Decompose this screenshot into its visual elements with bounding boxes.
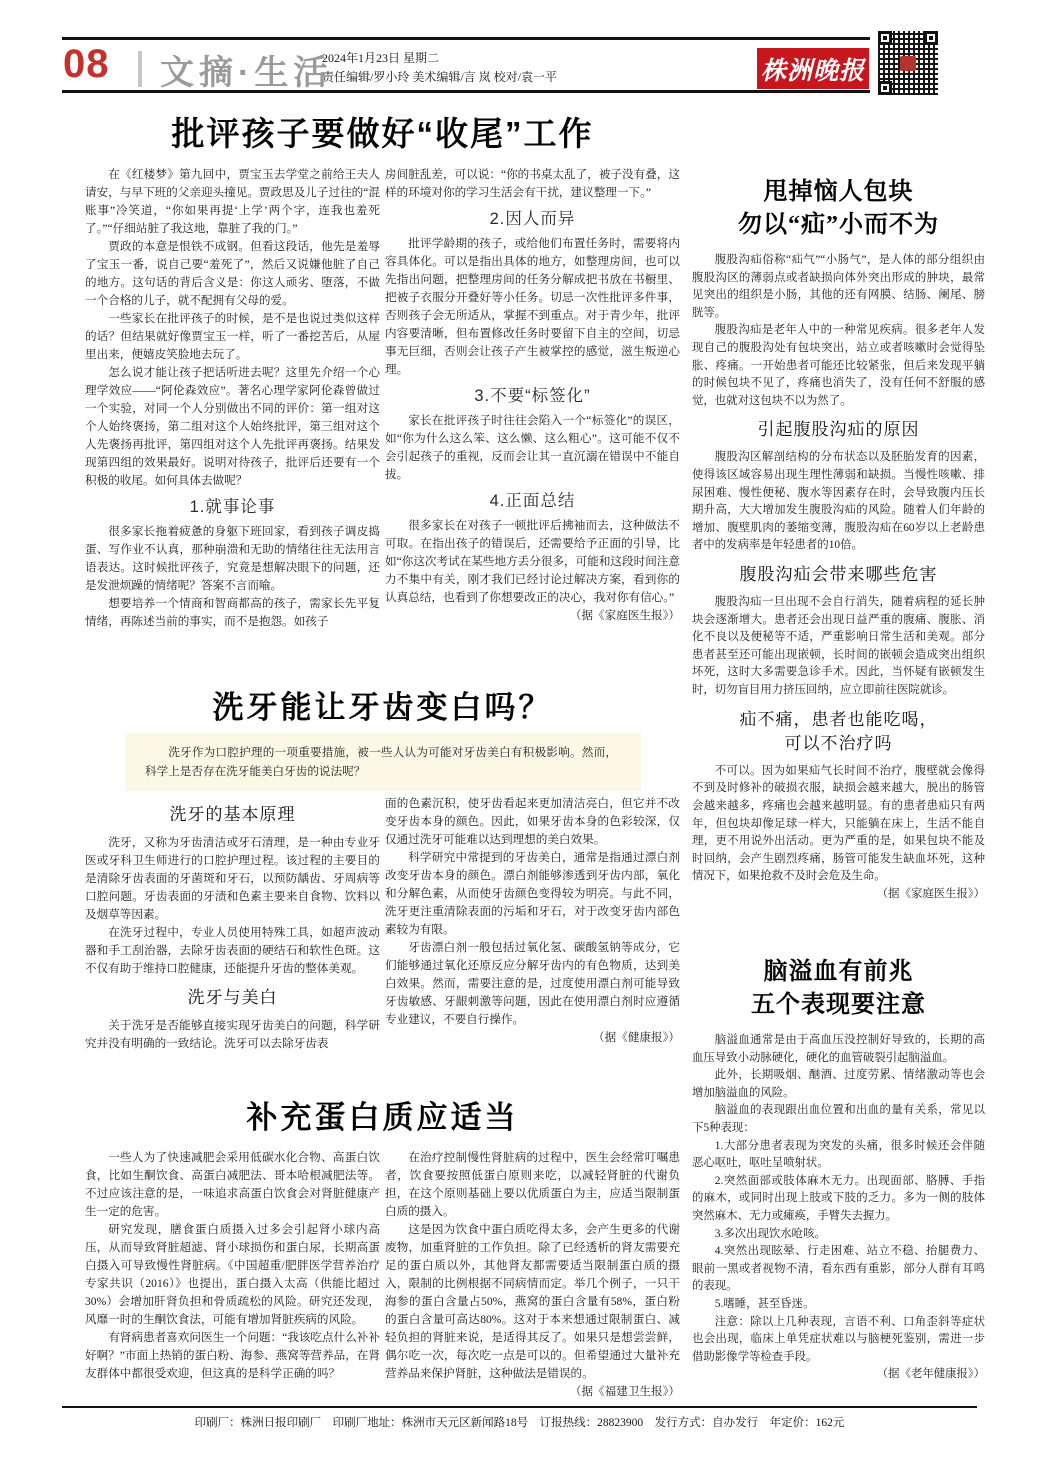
subhead-4: 4.正面总结 <box>385 492 680 510</box>
article-hernia-title: 甩掉恼人包块 勿以“疝”小而不为 <box>692 176 985 242</box>
paragraph: 1.大部分患者表现为突发的头痛，很多时候还会伴随恶心呕吐，呕吐呈喷射状。 <box>692 1138 985 1173</box>
article-criticism-col2: 房间脏乱差，可以说：“你的书桌太乱了，被子没有叠，这样的环境对你的学习生活会有干… <box>385 166 680 625</box>
paragraph: 有肾病患者喜欢问医生一个问题：“我该吃点什么补补好啊？”市面上热销的蛋白粉、海参… <box>85 1329 380 1383</box>
paragraph: 怎么说才能让孩子把话听进去呢？这里先介绍一个心理学效应——“阿伦森效应”。著名心… <box>85 364 380 490</box>
page-number: 08 <box>63 42 110 87</box>
paragraph: 很多家长在对孩子一顿批评后拂袖而去，这种做法不可取。在指出孩子的错误后，还需要给… <box>385 517 680 607</box>
subhead-1: 1.就事论事 <box>85 498 380 516</box>
newspaper-page: { "header": { "page_number": "08", "sect… <box>0 0 1039 1459</box>
article-stroke-title: 脑溢血有前兆 五个表现要注意 <box>692 956 985 1022</box>
paragraph: 科学研究中常提到的牙齿美白，通常是指通过漂白剂改变牙齿本身的颜色。漂白剂能够渗透… <box>385 849 680 939</box>
qr-finder-icon <box>878 31 892 45</box>
paragraph: 面的色素沉积，使牙齿看起来更加清洁亮白，但它并不改变牙齿本身的颜色。因此，如果牙… <box>385 795 680 849</box>
paragraph: 不可以。因为如果疝气长时间不治疗，腹壁就会像得不到及时修补的破损衣服，缺损会越来… <box>692 763 985 886</box>
attribution: （据《健康报》） <box>385 1029 680 1047</box>
qr-center-seal-icon <box>900 56 916 71</box>
paragraph: 在洗牙过程中，专业人员使用特殊工具，如超声波动器和手工刮治器，去除牙齿表面的硬结… <box>85 924 380 978</box>
article-criticism-col1: 在《红楼梦》第九回中，贾宝玉去学堂之前给王夫人请安，与早下班的父亲迎头撞见。贾政… <box>85 166 380 631</box>
subhead: 洗牙的基本原理 <box>85 804 380 826</box>
paragraph: 想要培养一个情商和智商都高的孩子，需家长先平复情绪，再陈述当前的事实，而不是抱怨… <box>85 595 380 631</box>
paragraph: 此外，长期吸烟、酗酒、过度劳累、情绪激动等也会增加脑溢血的风险。 <box>692 1067 985 1102</box>
subhead-2: 2.因人而异 <box>385 210 680 228</box>
footer-rule <box>62 1406 977 1408</box>
paragraph: 家长在批评孩子时往往会陷入一个“标签化”的误区，如“你为什么这么笨、这么懒、这么… <box>385 412 680 484</box>
date-line: 2024年1月23日 星期二 <box>322 49 557 68</box>
subhead: 疝不痛，患者也能吃喝， <box>692 709 985 731</box>
subhead: 可以不治疗吗 <box>692 733 985 755</box>
paragraph: 很多家长拖着疲惫的身躯下班回家，看到孩子调皮捣蛋、写作业不认真，那种崩溃和无助的… <box>85 523 380 595</box>
paragraph: 腹股沟疝一旦出现不会自行消失，随着病程的延长肿块会逐渐增大。患者还会出现日益严重… <box>692 594 985 700</box>
paragraph: 5.嗜睡，甚至昏迷。 <box>692 1296 985 1314</box>
article-hernia: 甩掉恼人包块 勿以“疝”小而不为 腹股沟疝俗称“疝气”“小肠气”，是人体的部分组… <box>692 176 985 904</box>
paragraph: 房间脏乱差，可以说：“你的书桌太乱了，被子没有叠，这样的环境对你的学习生活会有干… <box>385 166 680 202</box>
paragraph: 关于洗牙是否能够直接实现牙齿美白的问题，科学研究并没有明确的一致结论。洗牙可以去… <box>85 1017 380 1053</box>
footer-text: 印刷厂：株洲日报印刷厂 印刷厂地址：株洲市天元区新闻路18号 订报热线：2882… <box>0 1414 1039 1430</box>
paragraph: 3.多次出现饮水呛咳。 <box>692 1226 985 1244</box>
paragraph: 2.突然面部或肢体麻木无力。出现面部、胳膊、手指的麻木，或同时出现上肢或下肢的乏… <box>692 1173 985 1226</box>
paragraph: 研究发现，膳食蛋白质摄入过多会引起肾小球内高压，从而导致肾脏超滤、肾小球损伤和蛋… <box>85 1221 380 1329</box>
article-stroke: 脑溢血有前兆 五个表现要注意 脑溢血通常是由于高血压没控制好导致的，长期的高血压… <box>692 956 985 1384</box>
header-date-block: 2024年1月23日 星期二 责任编辑/罗小玲 美术编辑/言 岚 校对/袁一平 <box>322 49 557 87</box>
paragraph: 脑溢血的表现跟出血位置和出血的量有关系，常见以下5种表现： <box>692 1102 985 1137</box>
article-criticism-title: 批评孩子要做好“收尾”工作 <box>85 108 680 155</box>
header-top-rule <box>62 37 870 40</box>
paragraph: 批评学龄期的孩子，或给他们布置任务时，需要将内容具体化。可以是指出具体的地方，如… <box>385 235 680 379</box>
article-dental-col2: 面的色素沉积，使牙齿看起来更加清洁亮白，但它并不改变牙齿本身的颜色。因此，如果牙… <box>385 795 680 1047</box>
attribution: （据《老年健康报》） <box>692 1366 985 1384</box>
article-dental-lead-box: 洗牙作为口腔护理的一项重要措施，被一些人认为可能对牙齿美白有积极影响。然而，科学… <box>125 733 641 791</box>
paragraph: 腹股沟疝俗称“疝气”“小肠气”，是人体的部分组织由腹股沟区的薄弱点或者缺损向体外… <box>692 252 985 322</box>
lead-text: 洗牙作为口腔护理的一项重要措施，被一些人认为可能对牙齿美白有积极影响。然而，科学… <box>145 743 617 781</box>
paragraph: 洗牙，又称为牙齿清洁或牙石清理，是一种由专业牙医或牙科卫生师进行的口腔护理过程。… <box>85 834 380 924</box>
article-dental-col1: 洗牙的基本原理 洗牙，又称为牙齿清洁或牙石清理，是一种由专业牙医或牙科卫生师进行… <box>85 795 380 1053</box>
attribution: （据《家庭医生报》） <box>385 607 680 625</box>
attribution: （据《福建卫生报》） <box>385 1383 680 1401</box>
qr-code-icon <box>878 31 938 95</box>
masthead-text: 株洲晚报 <box>761 51 865 87</box>
editors-line: 责任编辑/罗小玲 美术编辑/言 岚 校对/袁一平 <box>322 68 557 87</box>
paragraph: 牙齿漂白剂一般包括过氧化氢、碳酸氢钠等成分，它们能够通过氧化还原反应分解牙齿内的… <box>385 939 680 1029</box>
paragraph: 腹股沟区解剖结构的分布状态以及胚胎发育的因素，使得该区域容易出现生理性薄弱和缺损… <box>692 449 985 555</box>
paragraph: 一些人为了快速减肥会采用低碳水化合物、高蛋白饮食，比如生酮饮食、高蛋白减肥法、哥… <box>85 1149 380 1221</box>
subhead: 洗牙与美白 <box>85 987 380 1009</box>
subhead-3: 3.不要“标签化” <box>385 387 680 405</box>
paragraph: 这是因为饮食中蛋白质吃得太多，会产生更多的代谢废物，加重肾脏的工作负担。除了已经… <box>385 1221 680 1383</box>
subhead: 引起腹股沟疝的原因 <box>692 419 985 441</box>
masthead-logo: 株洲晚报 <box>757 48 869 89</box>
paragraph: 4.突然出现眩晕、行走困难、站立不稳、抬腿费力、眼前一黑或者视物不清，看东西有重… <box>692 1243 985 1296</box>
section-title: 文摘·生活 <box>160 45 332 94</box>
article-protein-title: 补充蛋白质应适当 <box>85 1092 680 1137</box>
qr-finder-icon <box>924 31 938 45</box>
subhead: 腹股沟疝会带来哪些危害 <box>692 564 985 586</box>
qr-finder-icon <box>878 81 892 95</box>
paragraph: 注意：除以上几种表现，言语不利、口角歪斜等症状也会出现，临床上单凭症状难以与脑梗… <box>692 1314 985 1367</box>
article-protein-col2: 在治疗控制慢性肾脏病的过程中，医生会经常叮嘱患者，饮食要按照低蛋白原则来吃，以减… <box>385 1149 680 1401</box>
attribution: （据《家庭医生报》） <box>692 886 985 904</box>
paragraph: 一些家长在批评孩子的时候，是不是也说过类似这样的话？但结果就好像贾宝玉一样，听了… <box>85 310 380 364</box>
paragraph: 在治疗控制慢性肾脏病的过程中，医生会经常叮嘱患者，饮食要按照低蛋白原则来吃，以减… <box>385 1149 680 1221</box>
paragraph: 脑溢血通常是由于高血压没控制好导致的，长期的高血压导致小动脉硬化，硬化的血管破裂… <box>692 1032 985 1067</box>
article-dental-title: 洗牙能让牙齿变白吗？ <box>85 682 680 727</box>
paragraph: 腹股沟疝是老年人中的一种常见疾病。很多老年人发现自己的腹股沟处有包块突出，站立或… <box>692 322 985 410</box>
article-protein-col1: 一些人为了快速减肥会采用低碳水化合物、高蛋白饮食，比如生酮饮食、高蛋白减肥法、哥… <box>85 1149 380 1383</box>
paragraph: 在《红楼梦》第九回中，贾宝玉去学堂之前给王夫人请安，与早下班的父亲迎头撞见。贾政… <box>85 166 380 238</box>
paragraph: 贾政的本意是恨铁不成钢。但看这段话，他先是羞辱了宝玉一番，说自己要“羞死了”，然… <box>85 238 380 310</box>
header-divider <box>138 51 142 87</box>
